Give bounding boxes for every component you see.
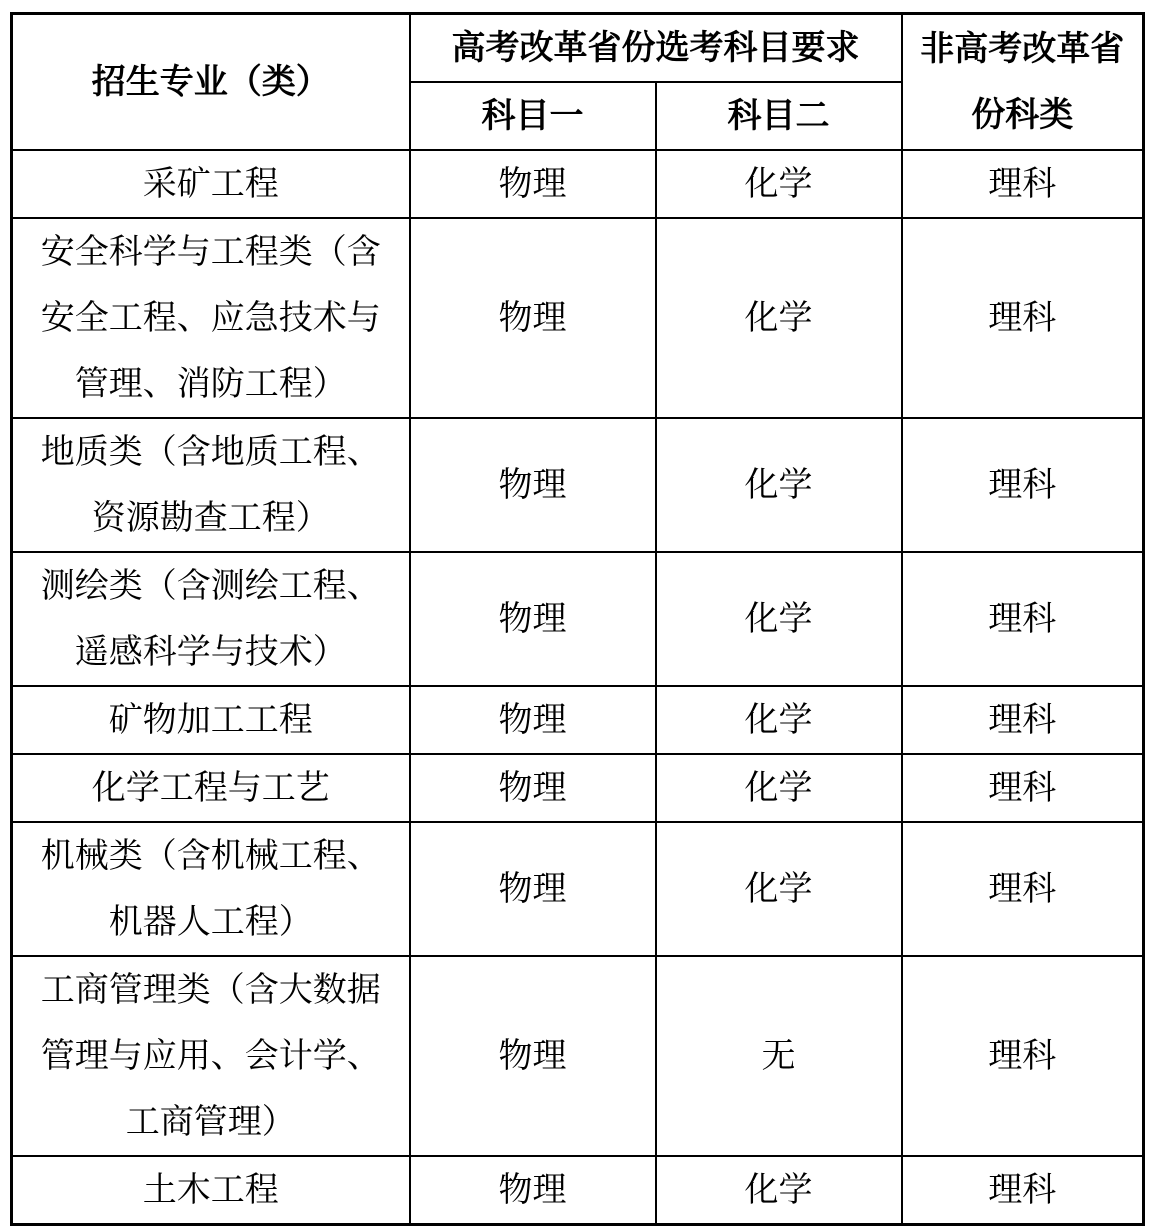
table-row: 矿物加工工程 物理 化学 理科 (12, 686, 1144, 754)
subject-requirements-table: 招生专业（类） 高考改革省份选考科目要求 非高考改革省份科类 科目一 科目二 采… (10, 12, 1145, 1226)
header-row-1: 招生专业（类） 高考改革省份选考科目要求 非高考改革省份科类 (12, 14, 1144, 83)
subject1-cell: 物理 (410, 418, 656, 552)
subject2-cell: 化学 (656, 418, 902, 552)
subject2-cell: 化学 (656, 218, 902, 418)
table-row: 化学工程与工艺 物理 化学 理科 (12, 754, 1144, 822)
track-cell: 理科 (902, 418, 1144, 552)
subject2-cell: 化学 (656, 1156, 902, 1225)
table-row: 测绘类（含测绘工程、遥感科学与技术） 物理 化学 理科 (12, 552, 1144, 686)
track-cell: 理科 (902, 686, 1144, 754)
header-subject2: 科目二 (656, 82, 902, 150)
subject2-cell: 化学 (656, 150, 902, 218)
major-cell: 化学工程与工艺 (12, 754, 410, 822)
major-cell: 机械类（含机械工程、机器人工程） (12, 822, 410, 956)
table-row: 机械类（含机械工程、机器人工程） 物理 化学 理科 (12, 822, 1144, 956)
subject1-cell: 物理 (410, 686, 656, 754)
track-cell: 理科 (902, 150, 1144, 218)
table-row: 土木工程 物理 化学 理科 (12, 1156, 1144, 1225)
subject1-cell: 物理 (410, 754, 656, 822)
subject2-cell: 化学 (656, 822, 902, 956)
subject1-cell: 物理 (410, 150, 656, 218)
major-cell: 工商管理类（含大数据管理与应用、会计学、工商管理） (12, 956, 410, 1156)
subject1-cell: 物理 (410, 1156, 656, 1225)
table-row: 安全科学与工程类（含安全工程、应急技术与管理、消防工程） 物理 化学 理科 (12, 218, 1144, 418)
subject2-cell: 化学 (656, 552, 902, 686)
header-subject1: 科目一 (410, 82, 656, 150)
subject1-cell: 物理 (410, 822, 656, 956)
major-cell: 测绘类（含测绘工程、遥感科学与技术） (12, 552, 410, 686)
track-cell: 理科 (902, 956, 1144, 1156)
table-row: 地质类（含地质工程、资源勘查工程） 物理 化学 理科 (12, 418, 1144, 552)
subject1-cell: 物理 (410, 218, 656, 418)
table-row: 工商管理类（含大数据管理与应用、会计学、工商管理） 物理 无 理科 (12, 956, 1144, 1156)
document-page: 招生专业（类） 高考改革省份选考科目要求 非高考改革省份科类 科目一 科目二 采… (0, 0, 1154, 1208)
header-reform-group: 高考改革省份选考科目要求 (410, 14, 902, 83)
subject1-cell: 物理 (410, 552, 656, 686)
header-major: 招生专业（类） (12, 14, 410, 151)
subject1-cell: 物理 (410, 956, 656, 1156)
track-cell: 理科 (902, 754, 1144, 822)
track-cell: 理科 (902, 552, 1144, 686)
track-cell: 理科 (902, 1156, 1144, 1225)
major-cell: 采矿工程 (12, 150, 410, 218)
subject2-cell: 无 (656, 956, 902, 1156)
major-cell: 安全科学与工程类（含安全工程、应急技术与管理、消防工程） (12, 218, 410, 418)
major-cell: 矿物加工工程 (12, 686, 410, 754)
header-non-reform-track: 非高考改革省份科类 (902, 14, 1144, 151)
subject2-cell: 化学 (656, 754, 902, 822)
track-cell: 理科 (902, 218, 1144, 418)
major-cell: 地质类（含地质工程、资源勘查工程） (12, 418, 410, 552)
table-row: 采矿工程 物理 化学 理科 (12, 150, 1144, 218)
major-cell: 土木工程 (12, 1156, 410, 1225)
subject2-cell: 化学 (656, 686, 902, 754)
track-cell: 理科 (902, 822, 1144, 956)
